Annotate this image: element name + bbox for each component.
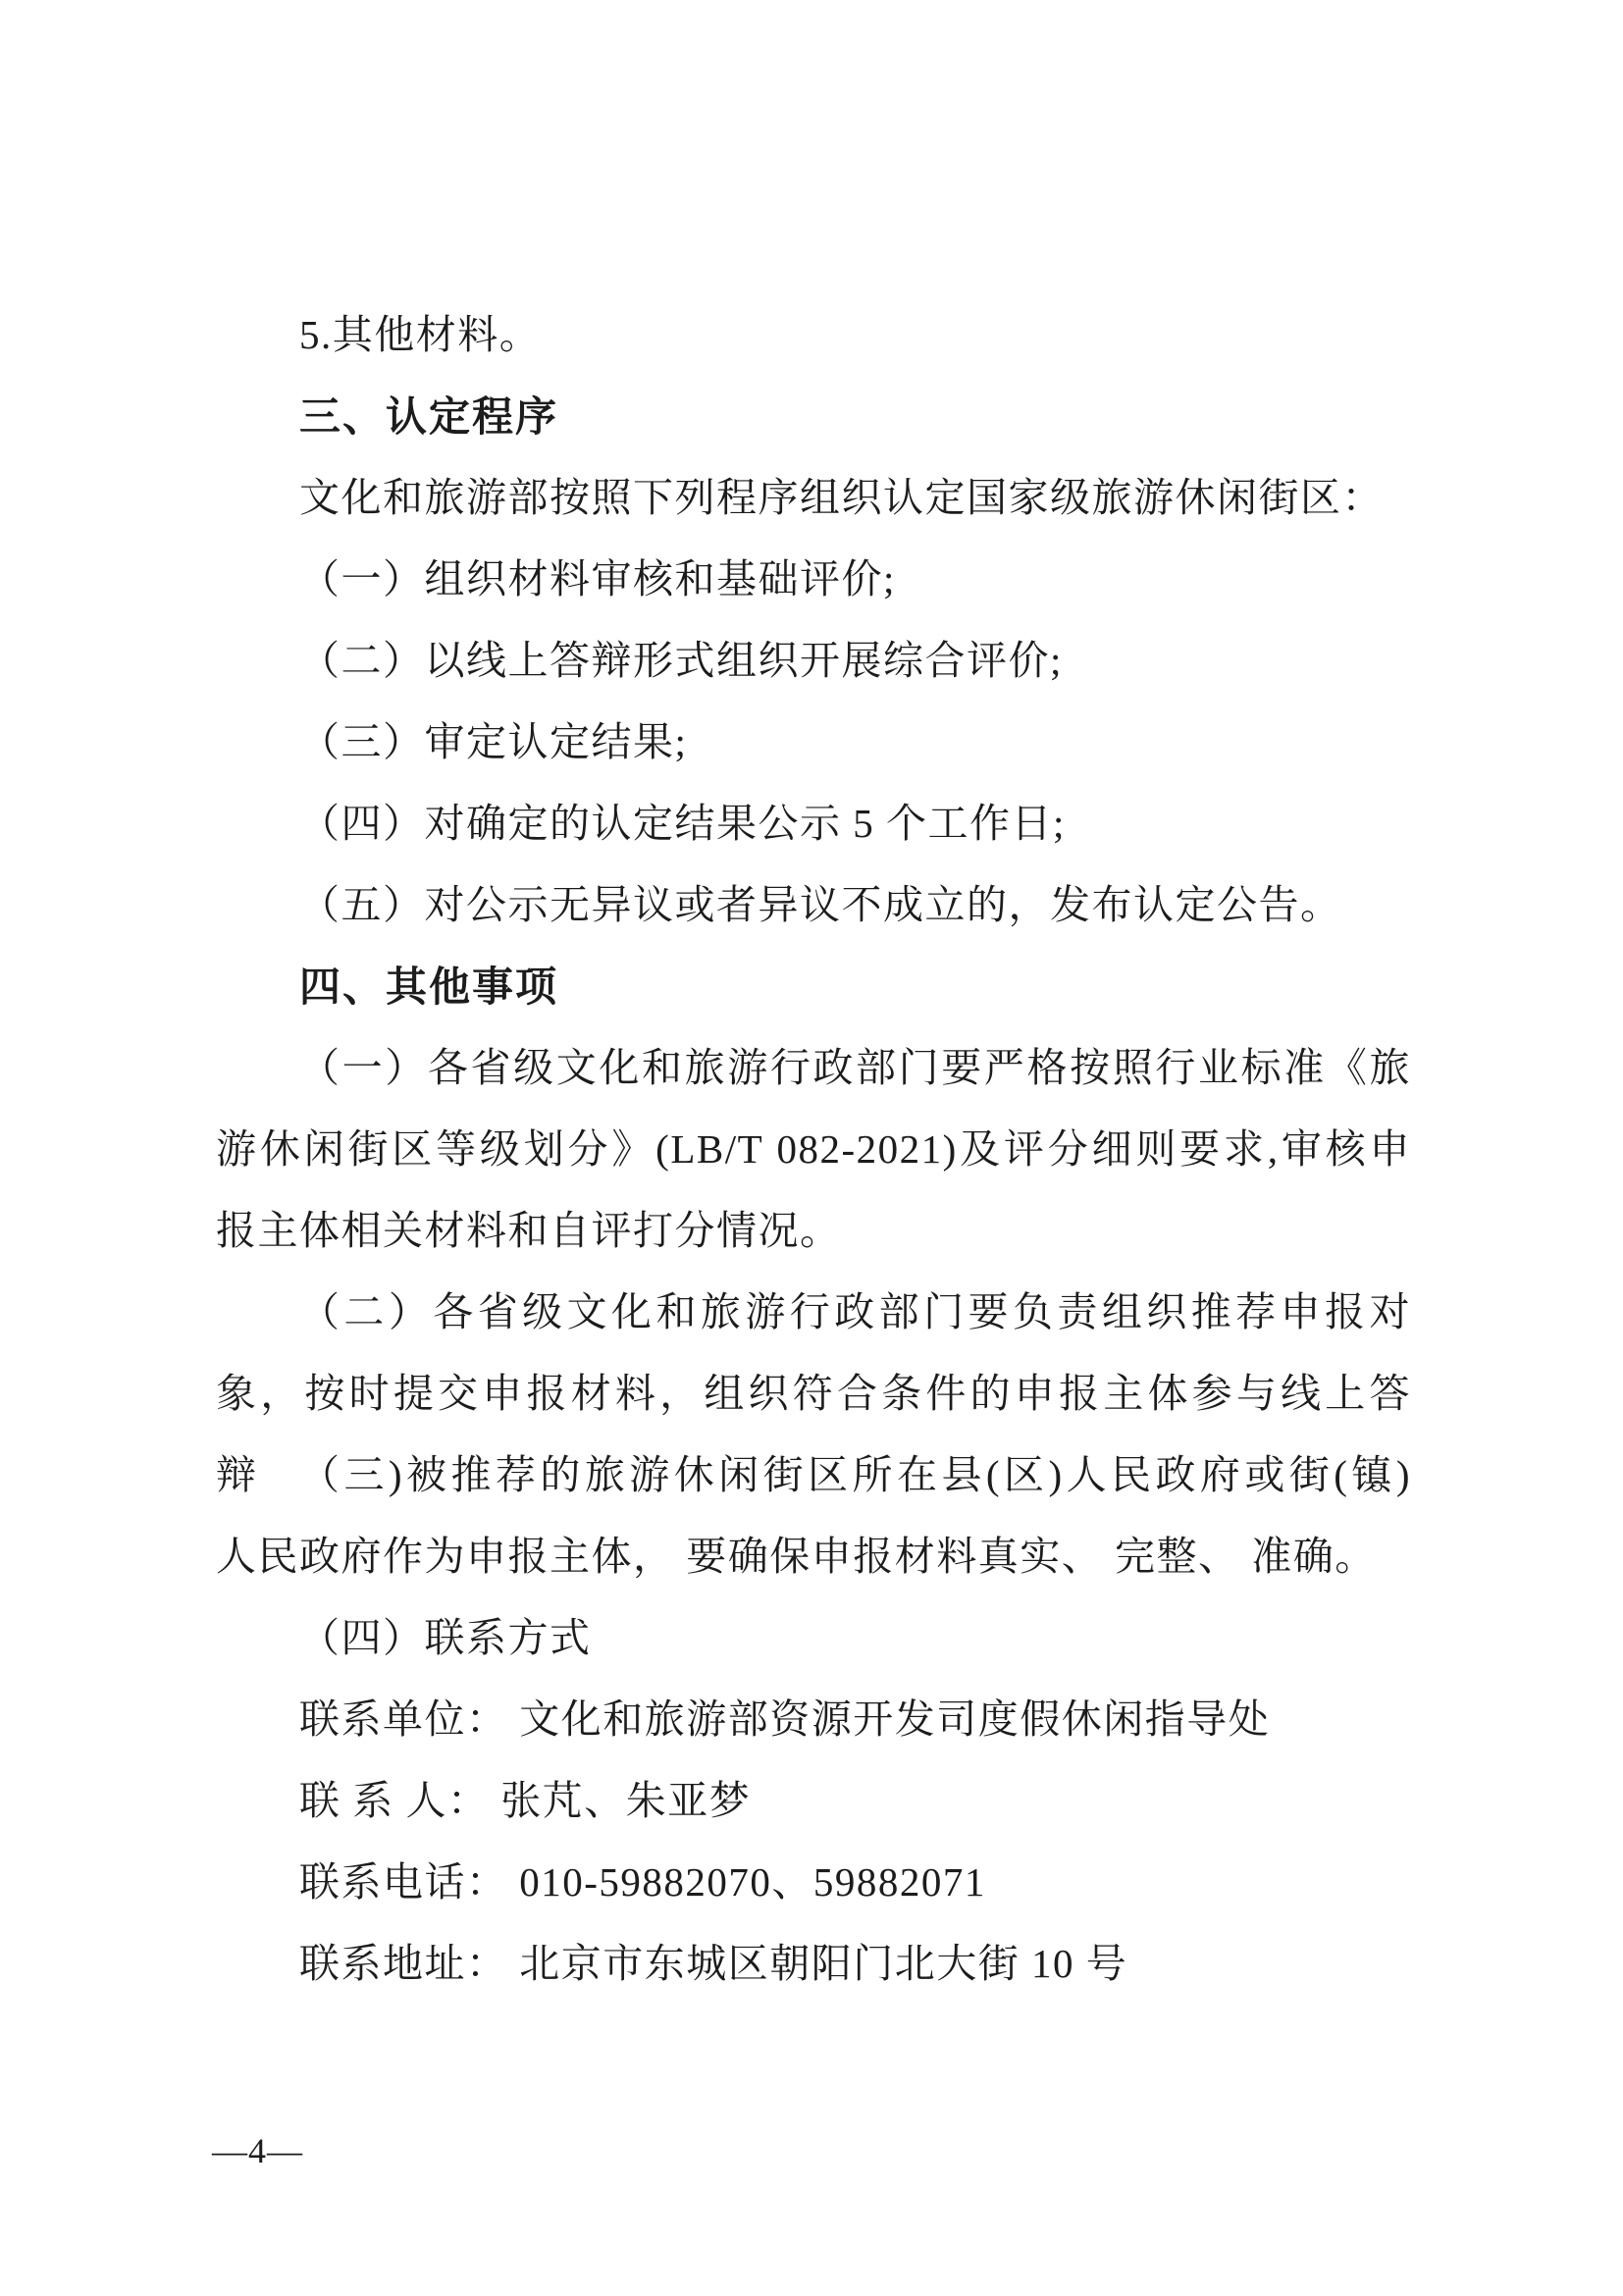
doc-line: 象，按时提交申报材料，组织符合条件的申报主体参与线上答辩。 xyxy=(216,1353,1411,1435)
contact-address-line: 联系地址： 北京市东城区朝阳门北大街 10 号 xyxy=(216,1923,1411,2005)
doc-line: （二）以线上答辩形式组织开展综合评价; xyxy=(216,620,1411,702)
contact-person-line: 联 系 人： 张芃、朱亚梦 xyxy=(216,1760,1411,1842)
page-number: —4— xyxy=(212,2127,303,2174)
doc-line: （一）组织材料审核和基础评价; xyxy=(216,539,1411,620)
doc-line: （一）各省级文化和旅游行政部门要严格按照行业标准《旅 xyxy=(216,1027,1411,1109)
document-page: 5.其他材料。 三、认定程序 文化和旅游部按照下列程序组织认定国家级旅游休闲街区… xyxy=(0,0,1623,2296)
doc-line: （四）联系方式 xyxy=(216,1597,1411,1679)
doc-line: （三）审定认定结果; xyxy=(216,702,1411,783)
doc-line: 文化和旅游部按照下列程序组织认定国家级旅游休闲街区： xyxy=(216,457,1411,539)
doc-line: （三)被推荐的旅游休闲街区所在县(区)人民政府或街(镇) xyxy=(216,1435,1411,1516)
document-body: 5.其他材料。 三、认定程序 文化和旅游部按照下列程序组织认定国家级旅游休闲街区… xyxy=(216,294,1411,2005)
doc-line: （四）对确定的认定结果公示 5 个工作日; xyxy=(216,783,1411,864)
doc-line: （二）各省级文化和旅游行政部门要负责组织推荐申报对 xyxy=(216,1272,1411,1353)
doc-line: 游休闲街区等级划分》(LB/T 082-2021)及评分细则要求,审核申 xyxy=(216,1109,1411,1190)
contact-unit-line: 联系单位： 文化和旅游部资源开发司度假休闲指导处 xyxy=(216,1679,1411,1760)
doc-line: （五）对公示无异议或者异议不成立的，发布认定公告。 xyxy=(216,864,1411,946)
contact-phone-line: 联系电话： 010-59882070、59882071 xyxy=(216,1842,1411,1923)
section-heading-3: 三、认定程序 xyxy=(216,376,1411,457)
doc-line: 人民政府作为申报主体， 要确保申报材料真实、 完整、 准确。 xyxy=(216,1516,1411,1597)
doc-line: 报主体相关材料和自评打分情况。 xyxy=(216,1190,1411,1272)
doc-line: 5.其他材料。 xyxy=(216,294,1411,376)
section-heading-4: 四、其他事项 xyxy=(216,946,1411,1027)
